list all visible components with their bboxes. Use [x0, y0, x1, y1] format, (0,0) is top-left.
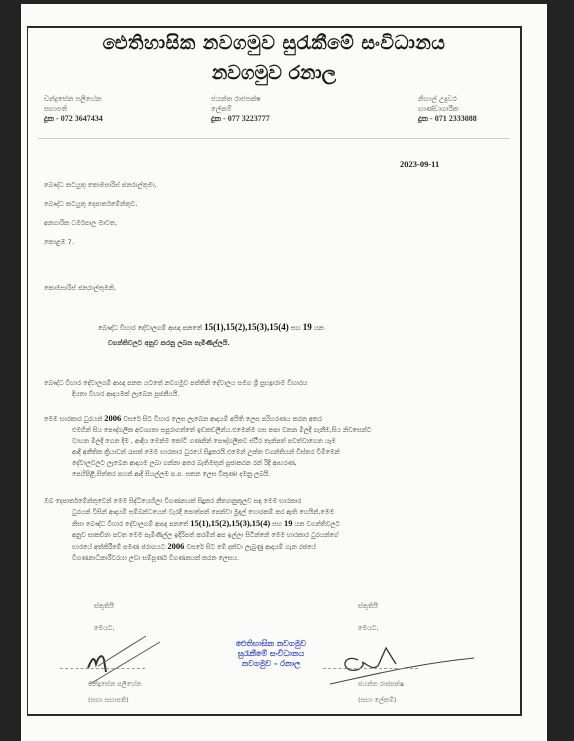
signature-block-right: ස්තූතියි මෙයට, — [358, 602, 379, 633]
contact-phone: දුක - 077 3223777 — [211, 114, 270, 124]
header-divider — [38, 138, 510, 139]
signatory-role: (සභා ලේකම්) — [358, 692, 404, 708]
subject-number: 19 — [303, 322, 312, 332]
subject-suffix: යන — [314, 324, 324, 332]
paragraph-text: විගණනාධිකාරීවරයා ලවා සම්පූර්ණ විගණනයක් ක… — [44, 553, 509, 564]
paragraph-text: අනුව සාකච්ඡා පවත මෙම පැමිණිල්ල ඉදිරිපත් … — [44, 530, 509, 541]
document-page: ඓතිහාසික නවගමුව සුරැකීමේ සංවිධානය නවගමුව… — [21, 4, 547, 741]
paragraph-text: සහ — [272, 520, 282, 528]
paragraph-year: 2006 — [167, 541, 184, 551]
stamp-line: ඓතිහාසික නවගමුව — [230, 639, 312, 649]
signature-line-left — [60, 668, 145, 669]
subject-prefix: බෞද්ධ විහාර දේවාලගම් ආඥා පනතේ — [98, 324, 202, 332]
letter-date: 2023-09-11 — [400, 159, 439, 169]
address-line: බෞද්ධ කටයුතු කොමසාරිස් ජනරාල්තුමා, — [44, 176, 157, 195]
paragraph-text: දේවාලවලට ලැබෙන ආදායම ලබා ගන්නා අතර බැතිම… — [44, 458, 509, 469]
paragraph-number: 19 — [284, 518, 293, 528]
paragraph-text: වාහන මිලදී ගෙන දීම , ආදිය මෙන්ම කෝටි ගණන… — [44, 436, 509, 447]
stamp-line: නවගමුව - රනාල — [230, 659, 312, 669]
paragraph-text-with-year: භාරයේ අත්කිරීමේ පමණ ජරාගයට 2006 වසරේ සිට… — [44, 541, 509, 553]
closing-thanks: ස්තූතියි — [94, 602, 115, 611]
paragraph-text: මෙම භාරකාර ධුරයන් — [44, 415, 102, 423]
salutation: කොමසාරිස් ජනරාල්තුමනි, — [44, 284, 116, 293]
paragraph-sections: 15(1),15(2),15(3),15(4) — [190, 518, 270, 528]
paragraph-text-with-sections: නිසා බෞද්ධ විහාර දේවාලගම් ආඥා පනතේ 15(1)… — [44, 518, 509, 530]
paragraph-text: යන වගන්තිවලට — [295, 520, 340, 528]
paragraph-year: 2006 — [104, 413, 121, 423]
contact-role: භාණ්ඩාගාරික — [418, 104, 477, 114]
contact-name: ජයන්ත රාජපක්ෂ — [211, 94, 270, 104]
contact-phone: දුක - 071 2333088 — [418, 114, 477, 124]
paragraph-text: වසරේ සිට මේ දක්වා ලැබුණු ආදායම් ගැන රජයේ — [186, 543, 315, 551]
paragraph-text: නිසා බෞද්ධ විහාර දේවාලගම් ආඥා පනතේ — [72, 520, 188, 528]
organization-stamp: ඓතිහාසික නවගමුව සුරැකීමේ සංවිධානය නවගමුව… — [230, 639, 312, 669]
signature-line-right — [323, 668, 418, 669]
contact-phone: දුක - 072 3647434 — [44, 114, 103, 124]
subject-line: බෞද්ධ විහාර දේවාලගම් ආඥා පනතේ 15(1),15(2… — [98, 320, 458, 351]
paragraph-text: ධුරයන් විසින් ආදායම් සම්බන්ධයෙන් වැරදි ප… — [44, 507, 509, 518]
signatory-left: චන්ද්‍රසේන පලිහේන (සභා සභාපති) — [88, 676, 141, 708]
address-line: අනගාරික ධර්මපාල මාවත, — [44, 214, 157, 233]
paragraph-2: මෙම භාරකාර ධුරයන් 2006 වසරේ සිට විහාර ලෙ… — [44, 413, 509, 480]
paragraph-1: බෞද්ධ විහාර දේවාලගම් ආඥා පනත යටතේ නවගමුව… — [44, 378, 509, 400]
paragraph-text: එමගින් සිය පෞද්ගලික අවශ්‍යතා සපුරාගත්තේ … — [44, 425, 509, 436]
contact-role: ලේකම් — [211, 104, 270, 114]
contact-name: නිහාල් උදුවර — [418, 94, 477, 104]
contact-treasurer: නිහාල් උදුවර භාණ්ඩාගාරික දුක - 071 23330… — [418, 94, 477, 124]
paragraph-text: පෙහිපිළි,සිත්තර පහන් ආදී සියල්ලම ප.ප. සත… — [44, 469, 509, 480]
letterhead-frame: ඓතිහාසික නවගමුව සුරැකීමේ සංවිධානය නවගමුව… — [27, 26, 522, 716]
subject-and: සහ — [291, 324, 301, 332]
subject-line-2: වගන්තිවලට අනුව කරනු ලබන පැමිණිල්ලයි. — [98, 336, 458, 351]
paragraph-text: ඔබ දෙපාර්තමේන්තුවෙන් මෙම සිද්ධියෙහිලා වි… — [44, 497, 301, 505]
contact-chairman: චන්ද්‍රසේන පලිහේන සභාපති දුක - 072 36474… — [44, 94, 103, 124]
paragraph-text: දියතා විහාර ආදායමක් ලැබෙන පූජනීයයි. — [44, 389, 509, 400]
location-title: නවගමුව රනාල — [28, 62, 520, 84]
address-line: කොළඹ 7. — [44, 233, 157, 252]
sign-off: මෙයට, — [358, 624, 379, 633]
address-line: බෞද්ධ කටයුතු දෙපාර්තමේන්තුව, — [44, 195, 157, 214]
paragraph-text: ආදී අනීතික ක්‍රියාවන් රැසක් මෙම භාරකාර ධ… — [44, 447, 509, 458]
paragraph-3: ඔබ දෙපාර්තමේන්තුවෙන් මෙම සිද්ධියෙහිලා වි… — [44, 496, 509, 564]
paragraph-text: භාරයේ අත්කිරීමේ පමණ ජරාගයට — [72, 543, 165, 551]
closing-thanks: ස්තූතියි — [358, 602, 379, 611]
paragraph-text: වසරේ සිට විහාර ලෙස ලැබෙන ආදායම් අයිති ලෙ… — [123, 415, 322, 423]
paragraph-text: බෞද්ධ විහාර දේවාලගම් ආඥා පනත යටතේ නවගමුව… — [44, 379, 307, 387]
signatory-role: (සභා සභාපති) — [88, 692, 141, 708]
subject-sections: 15(1),15(2),15(3),15(4) — [204, 322, 289, 332]
contact-secretary: ජයන්ත රාජපක්ෂ ලේකම් දුක - 077 3223777 — [211, 94, 270, 124]
recipient-address: බෞද්ධ කටයුතු කොමසාරිස් ජනරාල්තුමා, බෞද්ධ… — [44, 176, 157, 252]
contact-name: චන්ද්‍රසේන පලිහේන — [44, 94, 103, 104]
organization-title: ඓතිහාසික නවගමුව සුරැකීමේ සංවිධානය — [28, 32, 520, 54]
signatory-name: ජයන්ත රාජපක්ෂ — [358, 676, 404, 692]
contact-role: සභාපති — [44, 104, 103, 114]
signatory-name: චන්ද්‍රසේන පලිහේන — [88, 676, 141, 692]
stamp-line: සුරැකීමේ සංවිධානය — [230, 649, 312, 659]
signatory-right: ජයන්ත රාජපක්ෂ (සභා ලේකම්) — [358, 676, 404, 708]
signature-right-icon — [326, 640, 486, 690]
